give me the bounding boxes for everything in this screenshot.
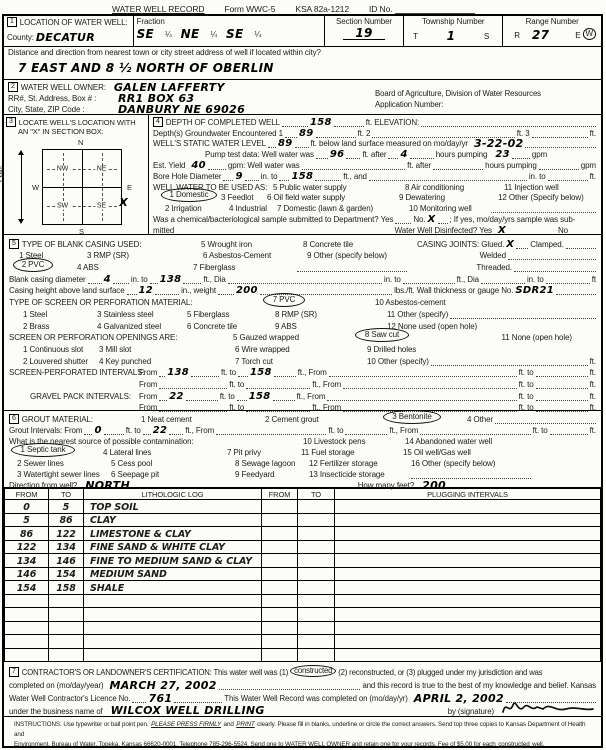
dotted-leader: [495, 416, 596, 424]
cell-pt: [298, 540, 335, 554]
fraction-3: SE: [226, 28, 243, 40]
dotted-leader: [183, 276, 201, 284]
cell-pf: [262, 500, 298, 514]
owner-block: 2 WATER WELL OWNER: GALEN LAFFERTY RR#, …: [4, 80, 369, 114]
static-level-value: 89: [278, 139, 293, 149]
application-number-label: Application Number:: [375, 99, 597, 110]
dotted-leader: [372, 130, 514, 138]
well-location-x-mark: X: [119, 197, 128, 208]
use-option: 9 Dewatering: [399, 193, 496, 202]
screen-option: 3 Stainless steel: [97, 310, 185, 319]
dotted-leader: [525, 140, 596, 148]
opening-option: 9 Drilled holes: [367, 345, 416, 354]
county-label: County:: [7, 33, 34, 42]
section-3-4-row: 3 LOCATE WELL'S LOCATION WITH AN "X" IN …: [4, 115, 601, 235]
opening-option: 7 Torch cut: [235, 357, 365, 366]
welded-label: Welded: [480, 251, 506, 260]
sample-no-label: No.: [413, 215, 425, 224]
quadrant-nw: NW: [55, 165, 70, 172]
pump-hours-value: 4: [400, 150, 407, 160]
dotted-leader: [316, 151, 328, 159]
cell-pi: [335, 608, 601, 622]
cell-to: 122: [49, 527, 84, 541]
bore-to-value: 158: [291, 172, 313, 182]
cell-pt: [298, 648, 335, 662]
table-row: [5, 648, 601, 662]
cell-pt: [298, 594, 335, 608]
cell-pf: [262, 567, 298, 581]
cell-pi: [335, 648, 601, 662]
spacer: [411, 341, 500, 342]
section-6-grout: 6 GROUT MATERIAL: 1 Neat cement 2 Cement…: [4, 411, 601, 488]
one-mile-arrow: [17, 150, 25, 224]
range-cell: Range Number R 27 E W: [503, 16, 601, 46]
casing-option: 4 ABS: [77, 263, 191, 272]
dotted-leader: [238, 369, 248, 377]
ft-label: ft.: [590, 380, 596, 389]
use-selected-circle: 1 Domestic: [161, 188, 217, 202]
dotted-leader: [155, 287, 179, 295]
board-block: Board of Agriculture, Division of Water …: [369, 80, 601, 114]
cell-from: [5, 635, 49, 649]
blank-diameter-to-value: 138: [160, 275, 182, 285]
cell-pi: [335, 540, 601, 554]
compass-e: E: [127, 183, 132, 192]
section-5-number: 5: [9, 239, 19, 249]
range-value: 27: [532, 29, 549, 41]
cell-log: [84, 648, 262, 662]
section-4-well-details: 4 DEPTH OF COMPLETED WELL 158 ft. ELEVAT…: [149, 115, 601, 234]
cell-log: [84, 594, 262, 608]
spacer: [9, 411, 137, 412]
table-row: 134146FINE TO MEDIUM SAND & CLAY: [5, 554, 601, 568]
cell-pt: [298, 621, 335, 635]
owner-label: WATER WELL OWNER:: [21, 83, 106, 92]
ft-dia-label: ft., Dia: [203, 275, 225, 284]
depth-completed-label: DEPTH OF COMPLETED WELL: [166, 118, 280, 127]
ft-label: ft.: [590, 129, 596, 138]
dotted-leader: [104, 427, 124, 435]
fraction-label: Fraction: [137, 17, 321, 26]
ft-to-label-2: ft. to: [519, 380, 534, 389]
grout-intervals-label: Grout Intervals: From: [9, 426, 82, 435]
dotted-leader: [216, 427, 326, 435]
ft-to-label-2: ft. to: [519, 392, 534, 401]
cell-to: [49, 608, 84, 622]
licence-label: Water Well Contractor's Licence No.: [9, 694, 130, 703]
gravel-pack-label: GRAVEL PACK INTERVALS:: [9, 392, 137, 401]
cell-pf: [262, 527, 298, 541]
in-to-label-3: in. to: [527, 275, 544, 284]
pump-gpm-value: 23: [495, 150, 510, 160]
address-label: RR#, St. Address, Box # :: [8, 94, 116, 103]
contamination-option: 3 Watertight sewer lines: [17, 470, 109, 479]
cell-pt: [298, 554, 335, 568]
cell-log: TOP SOIL: [84, 500, 262, 514]
spacer: [9, 388, 137, 389]
dotted-leader: [237, 393, 247, 401]
dotted-leader: [186, 393, 218, 401]
cell-to: 5: [49, 500, 84, 514]
cell-pf: [262, 635, 298, 649]
instructions-block: INSTRUCTIONS: Use typewriter or ball poi…: [4, 717, 601, 750]
constructed-underlined: constructed: [498, 741, 529, 748]
ft-to-label: ft. to: [220, 392, 235, 401]
contamination-option: 5 Cess pool: [111, 459, 233, 468]
ft-to-label-2: ft. to: [328, 426, 343, 435]
cell-pf: [262, 594, 298, 608]
opening-selected-circle: 8 Saw cut: [355, 328, 409, 342]
from-label: From: [139, 403, 157, 412]
dotted-leader: [279, 173, 289, 181]
screen-option: 8 RMP (SR): [275, 310, 385, 319]
in-to-label: in. to: [131, 275, 148, 284]
dotted-leader: [395, 216, 411, 224]
cell-to: 86: [49, 513, 84, 527]
depth-completed-value: 158: [310, 118, 332, 128]
range-e: E: [575, 31, 580, 40]
cell-log: SHALE: [84, 581, 262, 595]
measured-date-value: 3-22-02: [474, 138, 524, 149]
spacer: [297, 715, 446, 716]
dotted-leader: [88, 276, 102, 284]
dotted-leader: [315, 173, 341, 181]
screen-intervals-label: SCREEN-PERFORATED INTERVALS:: [9, 368, 137, 377]
arrow-stem: [21, 155, 22, 219]
gauge-label: lbs./ft. Wall thickness or gauge No.: [394, 286, 513, 295]
screen-option: 4 Galvanized steel: [97, 322, 185, 331]
dotted-leader: [403, 276, 455, 284]
signature-label: by (signature): [448, 707, 494, 716]
table-row: 154158SHALE: [5, 581, 601, 595]
section-5-casing: 5 TYPE OF BLANK CASING USED: 5 Wrought i…: [4, 235, 601, 411]
section-4-number: 4: [153, 117, 163, 127]
cell-to: [49, 621, 84, 635]
dotted-leader: [556, 287, 596, 295]
casing-title-block: 5 TYPE OF BLANK CASING USED:: [9, 239, 199, 249]
cell-from: [5, 608, 49, 622]
disinfected-no-label: No: [558, 226, 568, 234]
quarter-glyph-3: ¼: [255, 30, 262, 39]
cell-from: [5, 648, 49, 662]
dotted-leader: [274, 369, 296, 377]
ft-to-label-3: ft. to: [533, 426, 548, 435]
ft-from-label: ft., From: [312, 403, 341, 412]
disinfected-label: Water Well Disinfected? Yes: [395, 226, 492, 234]
static-level-tail: ft. below land surface measured on mo/da…: [311, 139, 468, 148]
locate-title-line2: AN "X" IN SECTION BOX:: [18, 127, 146, 136]
cell-to: [49, 594, 84, 608]
screen-option: 5 Fiberglass: [187, 310, 273, 319]
dotted-leader: [218, 287, 234, 295]
dotted-leader: [536, 404, 588, 412]
completed-on-label: completed on (mo/day/year): [9, 681, 103, 690]
casing-height-label: Casing height above land surface: [9, 286, 125, 295]
col-to: TO: [49, 489, 84, 500]
yield-tail-label: gpm: Well water was: [228, 161, 300, 170]
hours-pumping-label-2: hours pumping: [485, 161, 537, 170]
township-label: Township Number: [407, 17, 499, 26]
section-7-number: 7: [9, 667, 19, 677]
bore-diameter-value: 9: [235, 172, 242, 182]
groundwater-1-value: 89: [299, 129, 314, 139]
dotted-leader: [282, 119, 308, 127]
dotted-leader: [297, 264, 407, 272]
cell-from: [5, 594, 49, 608]
dotted-leader: [532, 130, 588, 138]
dotted-leader: [329, 369, 517, 377]
ft-to-label-2: ft. to: [519, 368, 534, 377]
threaded-label: Threaded.: [476, 263, 512, 272]
certification-text-c: and this record is true to the best of m…: [362, 681, 596, 690]
from-label: From: [139, 392, 157, 401]
grout-selected: 3 Bentonite: [392, 412, 431, 421]
quarter-glyph-2: ¼: [210, 30, 217, 39]
table-row: 146154MEDIUM SAND: [5, 567, 601, 581]
ft-label: ft.: [590, 357, 596, 366]
dotted-leader: [550, 427, 588, 435]
city-value: DANBURY NE 69026: [118, 104, 245, 115]
grout-title: GROUT MATERIAL:: [22, 415, 93, 424]
dotted-leader: [512, 151, 530, 159]
cell-pf: [262, 540, 298, 554]
use-option: 3 Feedlot: [221, 193, 265, 202]
dotted-leader: [159, 404, 227, 412]
cell-pi: [335, 567, 601, 581]
contamination-option: 8 Sewage lagoon: [235, 459, 307, 468]
township-value: 1: [447, 30, 456, 42]
cell-pi: [335, 581, 601, 595]
dotted-leader: [345, 427, 387, 435]
table-row: [5, 608, 601, 622]
use-option: 7 Domestic (lawn & garden): [277, 204, 407, 213]
use-option: 2 Irrigation: [165, 204, 227, 213]
cell-from: 122: [5, 540, 49, 554]
ft-label: ft.: [590, 403, 596, 412]
section-number-cell: Section Number 19: [325, 16, 404, 46]
dotted-leader: [127, 287, 137, 295]
section-box: NW NE SW SE X: [42, 149, 122, 225]
section-1-location: 1 LOCATION OF WATER WELL: County: DECATU…: [4, 16, 601, 47]
dotted-leader: [327, 393, 516, 401]
township-cell: Township Number T 1 S: [404, 16, 503, 46]
use-option: 12 Other (Specify below): [498, 193, 584, 202]
use-option: 4 Industrial: [229, 204, 275, 213]
cell-pt: [298, 500, 335, 514]
id-blank-line: [395, 6, 475, 14]
section-2-owner: 2 WATER WELL OWNER: GALEN LAFFERTY RR#, …: [4, 80, 601, 115]
township-s: S: [484, 32, 489, 41]
ft-from-label: ft., From: [312, 380, 341, 389]
dotted-leader: [159, 381, 227, 389]
cell-from: 154: [5, 581, 49, 595]
sample-question-label: Was a chemical/bacteriological sample su…: [153, 215, 393, 224]
compass-n: N: [78, 138, 83, 147]
instructions-line-2: Environment, Bureau of Water, Topeka, Ka…: [14, 740, 593, 750]
table-row: 86122LIMESTONE & CLAY: [5, 527, 601, 541]
dotted-leader: [113, 276, 129, 284]
ft-label: ft.: [590, 426, 596, 435]
use-option: 5 Public water supply: [273, 183, 403, 192]
form-number: Form WWC-5: [224, 4, 275, 14]
ft-2-label: ft. 2: [358, 129, 371, 138]
dotted-leader: [228, 276, 382, 284]
dotted-leader: [491, 205, 596, 213]
in-to-label-2: in. to: [529, 172, 546, 181]
dotted-leader: [316, 130, 356, 138]
grout-title-block: 6 GROUT MATERIAL:: [9, 414, 139, 424]
cell-pi: [335, 594, 601, 608]
cell-pi: [335, 554, 601, 568]
dotted-leader: [268, 140, 276, 148]
dotted-leader: [246, 404, 310, 412]
ft-label-2: ft.: [590, 172, 596, 181]
feet-label: How many feet?: [358, 481, 414, 490]
clamped-label: Clamped.: [530, 240, 563, 249]
ft-to-label-2: ft. to: [519, 403, 534, 412]
casing-option: 6 Asbestos-Cement: [203, 251, 305, 260]
casing-option: 5 Wrought iron: [201, 240, 301, 249]
dotted-leader: [411, 471, 531, 479]
cell-pt: [298, 567, 335, 581]
dotted-leader: [143, 427, 151, 435]
grout-option: 4 Other: [467, 415, 493, 424]
blank-diameter-value: 4: [104, 275, 111, 285]
ft-end-label: ft: [592, 275, 596, 284]
record-date-value: APRIL 2, 2002: [414, 693, 504, 704]
direction-value: NORTH: [85, 480, 130, 491]
dotted-leader: [208, 162, 226, 170]
cell-pf: [262, 621, 298, 635]
dotted-leader: [285, 130, 297, 138]
cell-pt: [298, 581, 335, 595]
section-6-number: 6: [9, 414, 19, 424]
arrow-down-icon: [18, 219, 24, 224]
table-row: 586CLAY: [5, 513, 601, 527]
sample-tail-label: ; If yes, mo/day/yrs sample was sub-: [450, 215, 576, 224]
instructions-and: and: [224, 721, 234, 728]
section-3-number: 3: [6, 117, 16, 127]
in-to-label-2: in. to: [384, 275, 401, 284]
spacer: [409, 271, 474, 272]
ft-to-label: ft. to: [229, 380, 244, 389]
section-3-locate: 3 LOCATE WELL'S LOCATION WITH AN "X" IN …: [4, 115, 149, 234]
screen-material-title: TYPE OF SCREEN OR PERFORATION MATERIAL:: [9, 298, 261, 307]
screen-interval-from: 138: [167, 368, 189, 378]
ft-from-label-2: ft., From: [389, 426, 418, 435]
contamination-option: 7 Pit privy: [227, 448, 299, 457]
screen-option: 11 Other (specify): [387, 310, 448, 319]
opening-option: 3 Mill slot: [99, 345, 233, 354]
section-7-certification: 7 CONTRACTOR'S OR LANDOWNER'S CERTIFICAT…: [4, 662, 601, 717]
cell-log: [84, 621, 262, 635]
dotted-leader: [508, 252, 596, 260]
dotted-leader: [410, 151, 434, 159]
casing-option: 3 RMP (SR): [87, 251, 201, 260]
city-label: City, State, ZIP Code :: [8, 105, 116, 114]
business-name-value: WILCOX WELL DRILLING: [111, 705, 295, 717]
range-w-circled: W: [583, 28, 596, 40]
dotted-leader: [421, 119, 596, 127]
ft-from-label: ft., From: [298, 368, 327, 377]
fraction-cell: Fraction SE ¼ NE ¼ SE ¼: [134, 16, 325, 46]
dotted-leader: [334, 119, 364, 127]
id-number: ID No.: [369, 4, 477, 14]
press-firmly-label: PLEASE PRESS FIRMLY: [151, 721, 221, 728]
weight-label: in., weight: [181, 286, 216, 295]
range-r: R: [514, 31, 520, 40]
pump-level-value: 96: [330, 150, 345, 160]
static-level-label: WELL'S STATIC WATER LEVEL: [153, 139, 266, 148]
contamination-selected: 1 Septic tank: [21, 445, 66, 454]
spacer: [307, 306, 373, 307]
table-row: 05TOP SOIL: [5, 500, 601, 514]
casing-joints-label: CASING JOINTS: Glued.: [417, 240, 504, 249]
range-label: Range Number: [506, 17, 598, 26]
opening-option: 5 Gauzed wrapped: [233, 333, 353, 342]
cell-to: 154: [49, 567, 84, 581]
contamination-option: 16 Other (specify below): [411, 459, 495, 468]
after-label: ft. after: [362, 150, 386, 159]
from-label: From: [139, 380, 157, 389]
ft-and-label: ft., and: [343, 172, 367, 181]
cell-to: [49, 648, 84, 662]
contamination-option: 9 Feedyard: [235, 470, 307, 479]
table-row: 122134FINE SAND & WHITE CLAY: [5, 540, 601, 554]
center-horizontal-line: [43, 187, 121, 188]
est-yield-value: 40: [191, 161, 206, 171]
col-to-2: TO: [298, 489, 335, 500]
opening-option: 4 Key punched: [99, 357, 233, 366]
dotted-leader: [420, 427, 530, 435]
cell-log: CLAY: [84, 513, 262, 527]
dotted-leader: [514, 264, 596, 272]
mitted-label: mitted: [153, 226, 174, 234]
dotted-leader: [450, 311, 596, 319]
quarter-line-v1: [63, 153, 64, 221]
gpm-label-2: gpm: [581, 161, 596, 170]
screen-option: 2 Brass: [23, 322, 95, 331]
county-value: DECATUR: [36, 32, 95, 43]
print-label: PRINT: [236, 721, 254, 728]
section-number-label: Section Number: [328, 17, 400, 26]
ft-dia-label-2: ft., Dia: [457, 275, 479, 284]
table-row: [5, 621, 601, 635]
contamination-option: 11 Fuel storage: [301, 448, 401, 457]
instructions-d: well.: [532, 741, 544, 748]
cell-log: LIMESTONE & CLAY: [84, 527, 262, 541]
cell-pf: [262, 513, 298, 527]
cell-from: [5, 621, 49, 635]
distance-row: Distance and direction from nearest town…: [4, 47, 601, 80]
casing-selected: 2 PVC: [22, 260, 45, 269]
quarter-line-v2: [102, 153, 103, 221]
bore-hole-label: Bore Hole Diameter: [153, 172, 221, 181]
hours-pumping-label: hours pumping: [436, 150, 488, 159]
cell-pi: [335, 527, 601, 541]
opening-option: 1 Continuous slot: [23, 345, 97, 354]
col-plugging-intervals: PLUGGING INTERVALS: [335, 489, 601, 500]
dotted-leader: [302, 162, 405, 170]
use-selected: 1 Domestic: [169, 190, 208, 199]
dotted-leader: [295, 140, 309, 148]
contamination-option: 14 Abandoned water well: [405, 437, 492, 446]
opening-option: 2 Louvered shutter: [23, 357, 97, 366]
dotted-leader: [388, 151, 398, 159]
dotted-leader: [245, 173, 259, 181]
ft-to-label: ft. to: [229, 403, 244, 412]
grout-to-value: 22: [153, 426, 168, 436]
